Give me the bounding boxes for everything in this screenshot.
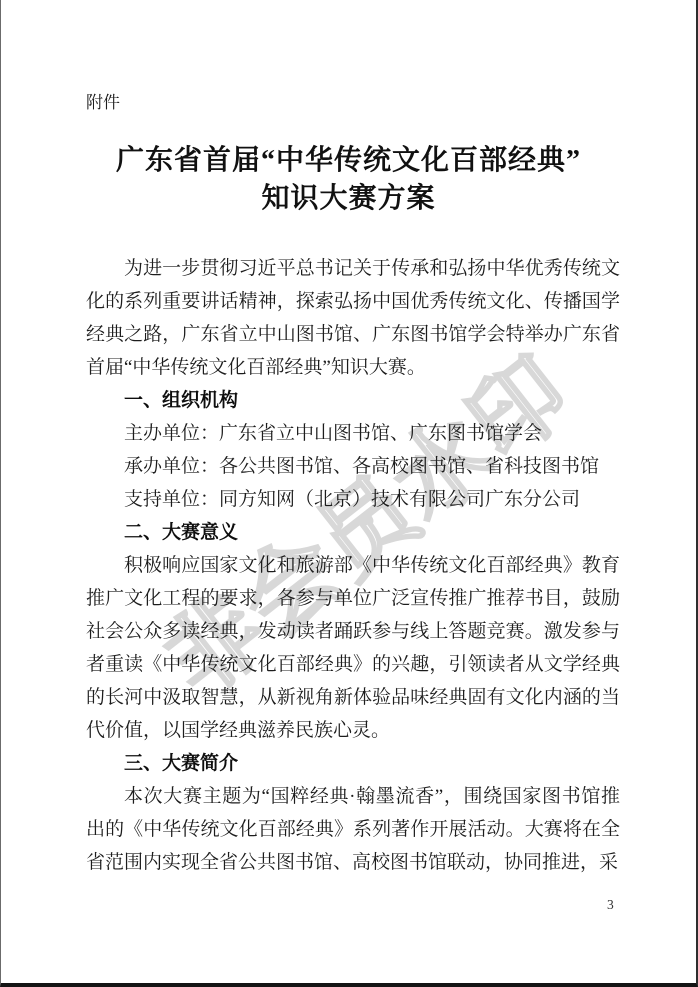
organizer-line-host: 主办单位：广东省立中山图书馆、广东图书馆学会 — [86, 417, 620, 450]
document-title-line2: 知识大赛方案 — [1, 180, 696, 218]
intro-paragraph: 为进一步贯彻习近平总书记关于传承和弘扬中华优秀传统文化的系列重要讲话精神，探索弘… — [86, 252, 620, 384]
organizer-line-supporter: 支持单位：同方知网（北京）技术有限公司广东分公司 — [86, 483, 620, 516]
section3-paragraph: 本次大赛主题为“国粹经典·翰墨流香”，围绕国家图书馆推出的《中华传统文化百部经典… — [86, 780, 620, 879]
document-body: 为进一步贯彻习近平总书记关于传承和弘扬中华优秀传统文化的系列重要讲话精神，探索弘… — [86, 252, 620, 879]
document-title-line1: 广东省首届“中华传统文化百部经典” — [1, 142, 696, 180]
document-page: 非会员水印 附件 广东省首届“中华传统文化百部经典” 知识大赛方案 为进一步贯彻… — [0, 0, 698, 987]
section-heading-2: 二、大赛意义 — [86, 516, 620, 549]
section-heading-1: 一、组织机构 — [86, 384, 620, 417]
document-title: 广东省首届“中华传统文化百部经典” 知识大赛方案 — [1, 142, 696, 218]
organizer-line-undertaker: 承办单位：各公共图书馆、各高校图书馆、省科技图书馆 — [86, 450, 620, 483]
section-heading-3: 三、大赛简介 — [86, 747, 620, 780]
attachment-label: 附件 — [86, 88, 120, 113]
section2-paragraph: 积极响应国家文化和旅游部《中华传统文化百部经典》教育推广文化工程的要求，各参与单… — [86, 549, 620, 747]
page-number: 3 — [607, 897, 614, 913]
